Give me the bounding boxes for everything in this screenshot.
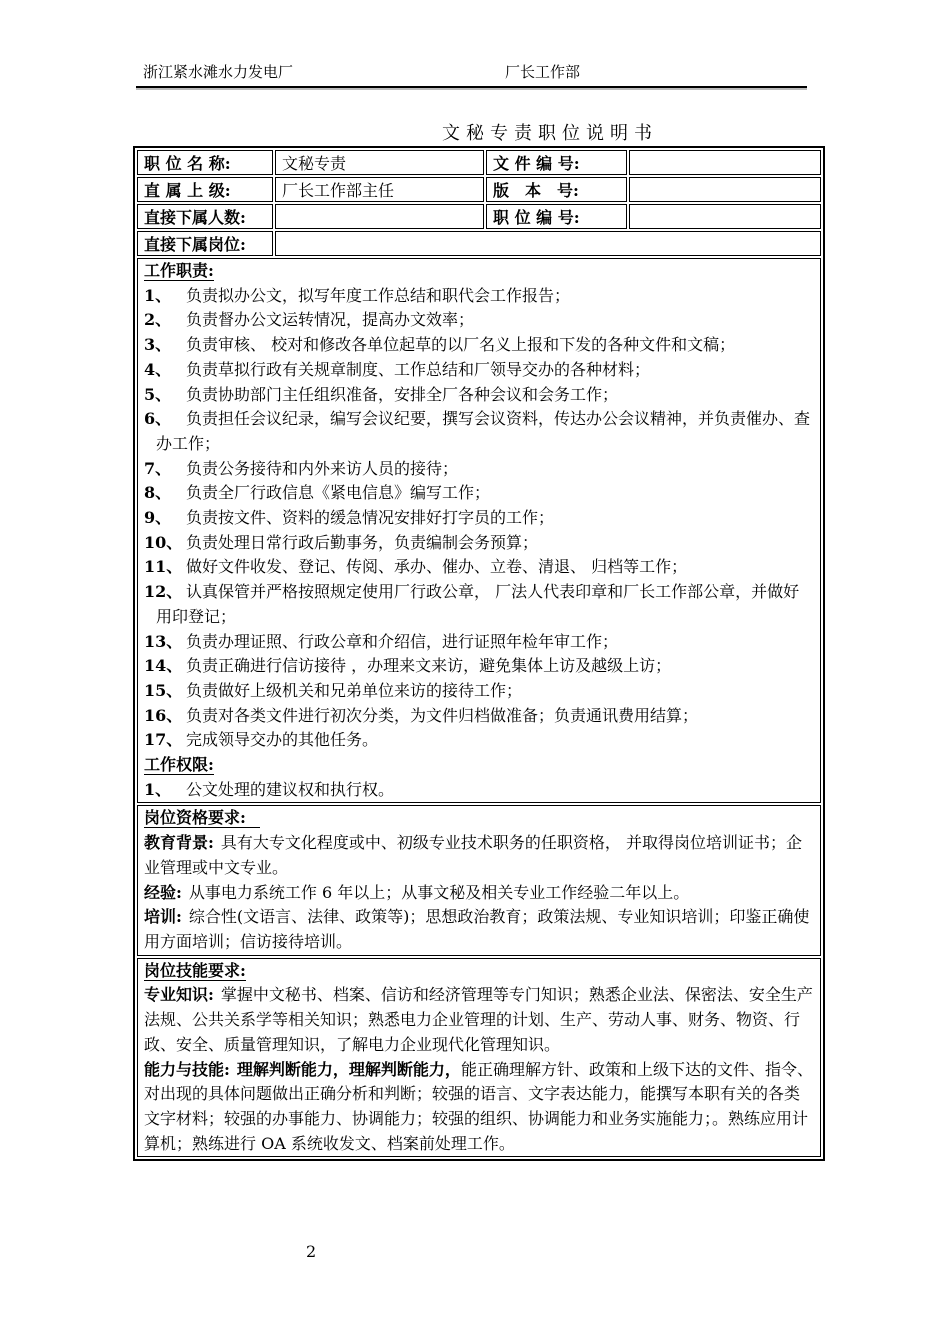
- document-page: 浙江紧水滩水力发电厂 厂长工作部 文秘专责职位说明书 职 位 名 称: 文秘专责…: [0, 0, 950, 1344]
- item-text: 负责担任会议纪录，编写会议纪要，撰写会议资料，传达办公会议精神，并负责催办、查办…: [156, 409, 810, 453]
- responsibility-item: 5、负责协助部门主任组织准备，安排全厂各种会议和会务工作；: [144, 383, 814, 408]
- responsibility-item: 4、负责草拟行政有关规章制度、工作总结和厂领导交办的各种材料；: [144, 358, 814, 383]
- skill-paragraph: 专业知识:掌握中文秘书、档案、信访和经济管理等专门知识；熟悉企业法、保密法、安全…: [144, 983, 814, 1057]
- responsibility-item: 12、认真保管并严格按照规定使用厂行政公章， 厂法人代表印章和厂长工作部公章，并…: [144, 580, 814, 629]
- responsibility-item: 7、负责公务接待和内外来访人员的接待；: [144, 457, 814, 482]
- skills-paragraphs: 专业知识:掌握中文秘书、档案、信访和经济管理等专门知识；熟悉企业法、保密法、安全…: [144, 983, 814, 1156]
- label-position-name: 职 位 名 称:: [137, 150, 273, 175]
- responsibility-item: 16、负责对各类文件进行初次分类，为文件归档做准备；负责通讯费用结算；: [144, 704, 814, 729]
- responsibility-item: 17、完成领导交办的其他任务。: [144, 728, 814, 753]
- item-text: 负责对各类文件进行初次分类，为文件归档做准备；负责通讯费用结算；: [186, 706, 698, 725]
- responsibility-item: 1、负责拟办公文，拟写年度工作总结和职代会工作报告；: [144, 284, 814, 309]
- responsibilities-list: 1、负责拟办公文，拟写年度工作总结和职代会工作报告； 2、负责督办公文运转情况，…: [144, 284, 814, 753]
- skill-paragraph: 能力与技能:理解判断能力，理解判断能力，能正确理解方针、政策和上级下达的文件、指…: [144, 1058, 814, 1157]
- item-text: 负责按文件、资料的缓急情况安排好打字员的工作；: [186, 508, 554, 527]
- item-text: 完成领导交办的其他任务。: [186, 730, 378, 749]
- item-text: 公文处理的建议权和执行权。: [186, 780, 394, 799]
- label-subordinate-positions: 直接下属岗位:: [137, 231, 273, 256]
- paragraph-label: 经验:: [144, 883, 182, 902]
- value-position-number: [629, 204, 821, 229]
- item-number: 1、: [144, 284, 186, 309]
- header-department: 厂长工作部: [505, 58, 580, 86]
- item-number: 3、: [144, 333, 186, 358]
- item-number: 8、: [144, 481, 186, 506]
- responsibility-item: 13、负责办理证照、行政公章和介绍信，进行证照年检年审工作；: [144, 630, 814, 655]
- responsibility-item: 11、做好文件收发、登记、传阅、承办、催办、立卷、清退、 归档等工作；: [144, 555, 814, 580]
- document-title: 文秘专责职位说明书: [442, 119, 658, 145]
- label-version-number: 版 本 号:: [486, 177, 627, 202]
- item-text: 认真保管并严格按照规定使用厂行政公章， 厂法人代表印章和厂长工作部公章，并做好用…: [156, 582, 799, 626]
- value-document-number: [629, 150, 821, 175]
- item-text: 负责做好上级机关和兄弟单位来访的接待工作；: [186, 681, 522, 700]
- label-position-number: 职 位 编 号:: [486, 204, 627, 229]
- paragraph-text: 从事电力系统工作 6 年以上；从事文秘及相关专业工作经验二年以上。: [189, 883, 689, 902]
- value-subordinate-count: [275, 204, 484, 229]
- page-header: 浙江紧水滩水力发电厂 厂长工作部: [136, 58, 807, 88]
- responsibility-item: 10、负责处理日常行政后勤事务，负责编制会务预算；: [144, 531, 814, 556]
- value-version-number: [629, 177, 821, 202]
- responsibility-item: 2、负责督办公文运转情况，提高办文效率；: [144, 308, 814, 333]
- section-row-skills: 岗位技能要求: 专业知识:掌握中文秘书、档案、信访和经济管理等专门知识；熟悉企业…: [137, 958, 821, 1158]
- item-text: 做好文件收发、登记、传阅、承办、催办、立卷、清退、 归档等工作；: [186, 557, 687, 576]
- item-text: 负责正确进行信访接待 ，办理来文来访，避免集体上访及越级上访；: [186, 656, 671, 675]
- value-subordinate-positions: [275, 231, 821, 256]
- item-number: 2、: [144, 308, 186, 333]
- responsibility-item: 14、负责正确进行信访接待 ，办理来文来访，避免集体上访及越级上访；: [144, 654, 814, 679]
- paragraph-label: 教育背景:: [144, 833, 214, 852]
- paragraph-label: 培训:: [144, 907, 182, 926]
- authority-item: 1、公文处理的建议权和执行权。: [144, 778, 814, 803]
- authority-list: 1、公文处理的建议权和执行权。: [144, 778, 814, 803]
- item-text: 负责全厂行政信息《紧电信息》编写工作；: [186, 483, 490, 502]
- paragraph-label: 能力与技能:: [144, 1060, 230, 1079]
- item-number: 11、: [144, 555, 186, 580]
- section-skills: 岗位技能要求: 专业知识:掌握中文秘书、档案、信访和经济管理等专门知识；熟悉企业…: [137, 958, 821, 1158]
- paragraph-text: 掌握中文秘书、档案、信访和经济管理等专门知识；熟悉企业法、保密法、安全生产法规、…: [144, 985, 813, 1053]
- item-number: 1、: [144, 778, 186, 803]
- section-qualifications: 岗位资格要求: 教育背景:具有大专文化程度或中、初级专业技术职务的任职资格， 并…: [137, 805, 821, 955]
- item-text: 负责草拟行政有关规章制度、工作总结和厂领导交办的各种材料；: [186, 360, 650, 379]
- item-number: 12、: [144, 580, 186, 605]
- item-number: 6、: [144, 407, 186, 432]
- value-direct-superior: 厂长工作部主任: [275, 177, 484, 202]
- page-number: 2: [306, 1242, 316, 1261]
- header-company: 浙江紧水滩水力发电厂: [143, 58, 293, 86]
- item-number: 14、: [144, 654, 186, 679]
- paragraph-text: 具有大专文化程度或中、初级专业技术职务的任职资格， 并取得岗位培训证书；企业管理…: [144, 833, 802, 877]
- responsibility-item: 9、负责按文件、资料的缓急情况安排好打字员的工作；: [144, 506, 814, 531]
- item-number: 17、: [144, 728, 186, 753]
- paragraph-label: 专业知识:: [144, 985, 214, 1004]
- section-row-qualifications: 岗位资格要求: 教育背景:具有大专文化程度或中、初级专业技术职务的任职资格， 并…: [137, 805, 821, 955]
- item-number: 15、: [144, 679, 186, 704]
- item-text: 负责督办公文运转情况，提高办文效率；: [186, 310, 474, 329]
- qualification-paragraph: 教育背景:具有大专文化程度或中、初级专业技术职务的任职资格， 并取得岗位培训证书…: [144, 831, 814, 880]
- info-row-position-name: 职 位 名 称: 文秘专责 文 件 编 号:: [137, 150, 821, 175]
- item-number: 16、: [144, 704, 186, 729]
- item-number: 10、: [144, 531, 186, 556]
- label-subordinate-count: 直接下属人数:: [137, 204, 273, 229]
- label-direct-superior: 直 属 上 级:: [137, 177, 273, 202]
- info-row-direct-superior: 直 属 上 级: 厂长工作部主任 版 本 号:: [137, 177, 821, 202]
- qualifications-paragraphs: 教育背景:具有大专文化程度或中、初级专业技术职务的任职资格， 并取得岗位培训证书…: [144, 831, 814, 955]
- skills-heading: 岗位技能要求:: [144, 959, 814, 984]
- paragraph-bold-text: 理解判断能力，理解判断能力，: [237, 1060, 461, 1079]
- item-number: 5、: [144, 383, 186, 408]
- item-text: 负责拟办公文，拟写年度工作总结和职代会工作报告；: [186, 286, 570, 305]
- section-row-responsibilities: 工作职责: 1、负责拟办公文，拟写年度工作总结和职代会工作报告； 2、负责督办公…: [137, 258, 821, 803]
- item-number: 7、: [144, 457, 186, 482]
- item-text: 负责办理证照、行政公章和介绍信，进行证照年检年审工作；: [186, 632, 618, 651]
- responsibility-item: 6、负责担任会议纪录，编写会议纪要，撰写会议资料，传达办公会议精神，并负责催办、…: [144, 407, 814, 456]
- item-number: 9、: [144, 506, 186, 531]
- authority-heading: 工作权限:: [144, 753, 814, 778]
- section-responsibilities: 工作职责: 1、负责拟办公文，拟写年度工作总结和职代会工作报告； 2、负责督办公…: [137, 258, 821, 803]
- job-description-table: 职 位 名 称: 文秘专责 文 件 编 号: 直 属 上 级: 厂长工作部主任 …: [133, 146, 825, 1161]
- info-row-subordinate-positions: 直接下属岗位:: [137, 231, 821, 256]
- label-document-number: 文 件 编 号:: [486, 150, 627, 175]
- item-text: 负责协助部门主任组织准备，安排全厂各种会议和会务工作；: [186, 385, 618, 404]
- responsibility-item: 3、负责审核、 校对和修改各单位起草的以厂名义上报和下发的各种文件和文稿；: [144, 333, 814, 358]
- item-text: 负责处理日常行政后勤事务，负责编制会务预算；: [186, 533, 538, 552]
- responsibilities-heading: 工作职责:: [144, 259, 814, 284]
- qualification-paragraph: 培训:综合性(文语言、法律、政策等)；思想政治教育；政策法规、专业知识培训；印鉴…: [144, 905, 814, 954]
- item-text: 负责公务接待和内外来访人员的接待；: [186, 459, 458, 478]
- paragraph-text: 综合性(文语言、法律、政策等)；思想政治教育；政策法规、专业知识培训；印鉴正确使…: [144, 907, 809, 951]
- qualification-paragraph: 经验:从事电力系统工作 6 年以上；从事文秘及相关专业工作经验二年以上。: [144, 881, 814, 906]
- qualifications-heading: 岗位资格要求:: [144, 806, 814, 831]
- value-position-name: 文秘专责: [275, 150, 484, 175]
- responsibility-item: 8、负责全厂行政信息《紧电信息》编写工作；: [144, 481, 814, 506]
- info-row-subordinate-count: 直接下属人数: 职 位 编 号:: [137, 204, 821, 229]
- item-number: 13、: [144, 630, 186, 655]
- item-number: 4、: [144, 358, 186, 383]
- responsibility-item: 15、负责做好上级机关和兄弟单位来访的接待工作；: [144, 679, 814, 704]
- item-text: 负责审核、 校对和修改各单位起草的以厂名义上报和下发的各种文件和文稿；: [186, 335, 735, 354]
